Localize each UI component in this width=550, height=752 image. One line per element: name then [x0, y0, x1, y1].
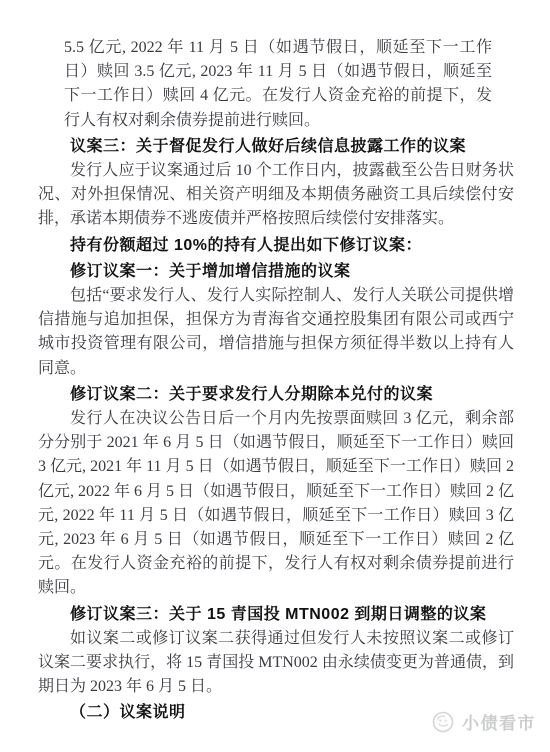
- document-page: 5.5 亿元, 2022 年 11 月 5 日（如遇节假日，顺延至下一工作日）赎…: [0, 0, 550, 752]
- watermark: 小债看市: [431, 709, 536, 734]
- body-paragraph: 如议案二或修订议案二获得通过但发行人未按照议案二或修订议案二要求执行，将 15 …: [38, 627, 514, 700]
- watermark-label: 小债看市: [462, 709, 536, 734]
- heading-paragraph: 修订议案三：关于 15 青国投 MTN002 到期日调整的议案: [38, 603, 514, 627]
- document-body: 5.5 亿元, 2022 年 11 月 5 日（如遇节假日，顺延至下一工作日）赎…: [0, 0, 550, 726]
- body-paragraph: 发行人在决议公告日后一个月内先按票面赎回 3 亿元，剩余部分分别于 2021 年…: [38, 407, 514, 601]
- heading-paragraph: 议案三：关于督促发行人做好后续信息披露工作的议案: [38, 135, 514, 159]
- heading-paragraph: 修订议案二：关于要求发行人分期除本兑付的议案: [38, 383, 514, 407]
- body-paragraph: 5.5 亿元, 2022 年 11 月 5 日（如遇节假日，顺延至下一工作日）赎…: [64, 36, 492, 133]
- body-paragraph: 发行人应于议案通过后 10 个工作日内，披露截至公告日财务状况、对外担保情况、相…: [38, 159, 514, 232]
- heading-paragraph: 修订议案一：关于增加增信措施的议案: [38, 260, 514, 284]
- body-paragraph: 包括“要求发行人、发行人实际控制人、发行人关联公司提供增信措施与追加担保，担保方…: [38, 284, 514, 381]
- xiaozhai-logo-icon: [431, 710, 455, 734]
- heading-paragraph: 持有份额超过 10%的持有人提出如下修订议案：: [38, 234, 514, 258]
